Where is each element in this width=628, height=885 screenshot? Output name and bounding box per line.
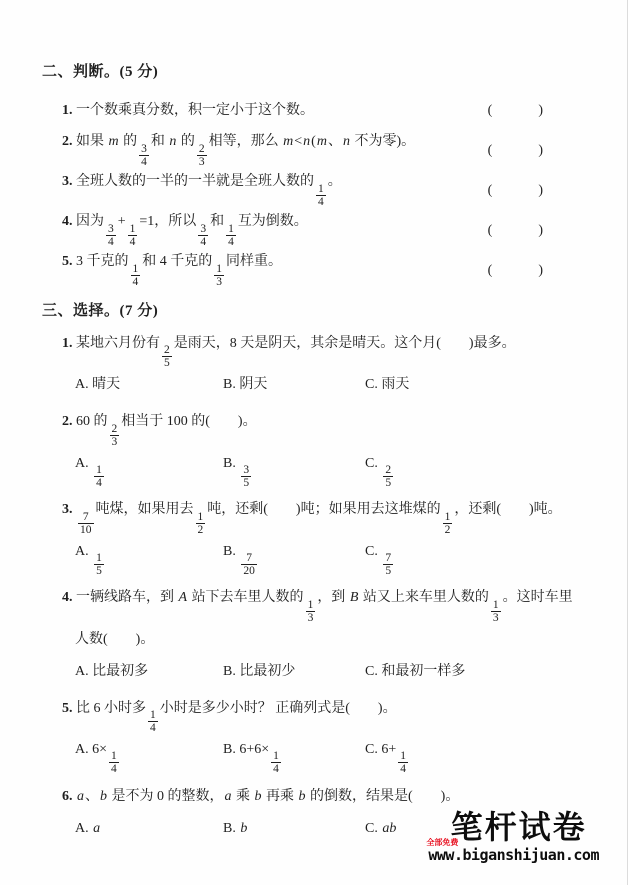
option-label: A. <box>75 821 89 836</box>
question-line: 人数( )。 <box>62 624 627 656</box>
fraction-numerator: 7 <box>244 552 254 564</box>
fraction-numerator: 1 <box>398 750 408 762</box>
fraction: 34 <box>139 143 149 168</box>
question-line: 3. 710吨煤，如果用去12吨，还剩( )吨；如果用去这堆煤的12，还剩( )… <box>62 494 627 535</box>
fraction: 14 <box>128 223 138 248</box>
fraction-numerator: 1 <box>226 223 236 235</box>
question-text: 相等，那么 <box>209 134 283 149</box>
question-text: 站又上来车里人数的 <box>359 590 489 605</box>
fraction-denominator: 4 <box>271 762 281 775</box>
fraction: 14 <box>148 709 158 734</box>
fraction-denominator: 3 <box>197 155 207 168</box>
option-b: B. 6+6×14 <box>223 734 365 775</box>
option-label: A. <box>75 664 89 679</box>
question-line: 5. 比 6 小时多14小时是多少小时？ 正确列式是( )。 <box>62 693 627 734</box>
judgment-item: 4. 因为34+14=1，所以34和14互为倒数。( ) <box>62 209 627 249</box>
question-text: ，还剩( )吨。 <box>454 502 561 517</box>
question-text: 3 千克的 <box>76 254 129 269</box>
question-text: 的 <box>177 134 195 149</box>
option-a: A. 晴天 <box>75 369 223 401</box>
option-c: C. 和最初一样多 <box>365 656 627 688</box>
fraction: 75 <box>383 552 393 577</box>
question-text: 6× <box>89 742 107 757</box>
question-text: ，到 <box>317 590 349 605</box>
judgment-statement: 3. 全班人数的一半的一半就是全班人数的14。 <box>62 170 342 207</box>
question-text: 、 <box>85 789 99 804</box>
option-label: B. <box>223 377 236 392</box>
fraction-numerator: 1 <box>128 223 138 235</box>
math-variable: m <box>282 134 294 149</box>
question-text: 一个数乘真分数，积一定小于这个数。 <box>76 103 314 118</box>
fraction-denominator: 4 <box>128 235 138 248</box>
fraction: 14 <box>316 183 326 208</box>
question-text: 全班人数的一半的一半就是全班人数的 <box>76 174 314 189</box>
fraction-numerator: 1 <box>443 511 453 523</box>
math-variable: B <box>349 590 360 605</box>
question-text: 小时是多少小时？ 正确列式是( )。 <box>160 701 397 716</box>
fraction-denominator: 4 <box>226 235 236 248</box>
fraction-numerator: 2 <box>197 143 207 155</box>
fraction: 13 <box>214 263 224 288</box>
choice-question: 2. 60 的23相当于 100 的( )。A. 14B. 35C. 25 <box>62 406 627 489</box>
fraction-denominator: 3 <box>214 275 224 288</box>
fraction: 35 <box>241 464 251 489</box>
fraction: 13 <box>306 599 316 624</box>
option-label: C. <box>365 821 378 836</box>
judgment-item: 1. 一个数乘真分数，积一定小于这个数。( ) <box>62 89 627 129</box>
options-row: A. 晴天B. 阴天C. 雨天 <box>62 369 627 401</box>
watermark: 笔杆试卷 全部免费 www.biganshijuan.com <box>428 810 599 865</box>
fraction-numerator: 1 <box>316 183 326 195</box>
question-text: 的倒数，结果是( )。 <box>307 789 460 804</box>
judgment-statement: 2. 如果 m 的34和 n 的23相等，那么 m<n(m、n 不为零)。 <box>62 130 415 167</box>
option-label: C. <box>365 456 378 471</box>
question-text: 比最初少 <box>236 664 296 679</box>
fraction-numerator: 3 <box>241 464 251 476</box>
fraction: 25 <box>162 344 172 369</box>
answer-bracket: ( ) <box>488 259 544 279</box>
judgment-list: 1. 一个数乘真分数，积一定小于这个数。( )2. 如果 m 的34和 n 的2… <box>62 89 627 289</box>
question-text: 和 <box>210 214 224 229</box>
option-b: B. 720 <box>223 536 365 577</box>
question-line: 4. 一辆线路车，到 A 站下去车里人数的13，到 B 站又上来车里人数的13。… <box>62 582 627 623</box>
option-b: B. 比最初少 <box>223 656 365 688</box>
fraction: 23 <box>110 423 120 448</box>
fraction-numerator: 7 <box>81 511 91 523</box>
options-row: A. 14B. 35C. 25 <box>62 448 627 489</box>
fraction-denominator: 4 <box>106 235 116 248</box>
fraction-denominator: 4 <box>109 762 119 775</box>
question-text: 吨煤，如果用去 <box>96 502 194 517</box>
option-c: C. 雨天 <box>365 369 627 401</box>
judgment-statement: 1. 一个数乘真分数，积一定小于这个数。 <box>62 99 314 119</box>
question-text: 阴天 <box>236 377 268 392</box>
options-row: A. 比最初多B. 比最初少C. 和最初一样多 <box>62 656 627 688</box>
math-variable: A <box>178 590 189 605</box>
question-text <box>236 544 240 559</box>
question-text: 和最初一样多 <box>378 664 466 679</box>
math-variable: ab <box>381 821 397 836</box>
brand-logo: 笔杆试卷 <box>438 810 599 845</box>
fraction-numerator: 3 <box>198 223 208 235</box>
question-text: =1，所以 <box>139 214 196 229</box>
question-number: 5. <box>62 254 76 269</box>
question-number: 1. <box>62 103 76 118</box>
option-label: B. <box>223 742 236 757</box>
fraction-numerator: 1 <box>196 511 206 523</box>
fraction-denominator: 4 <box>94 476 104 489</box>
fraction: 23 <box>197 143 207 168</box>
fraction-numerator: 1 <box>94 552 104 564</box>
judgment-statement: 4. 因为34+14=1，所以34和14互为倒数。 <box>62 210 308 247</box>
question-text: 站下去车里人数的 <box>188 590 304 605</box>
question-text: < <box>294 134 302 149</box>
judgment-item: 3. 全班人数的一半的一半就是全班人数的14。( ) <box>62 169 627 209</box>
fraction-denominator: 3 <box>491 611 501 624</box>
fraction: 34 <box>106 223 116 248</box>
math-variable: a <box>76 789 85 804</box>
math-variable: n <box>342 134 351 149</box>
math-variable: b <box>254 789 263 804</box>
question-text: 某地六月份有 <box>76 336 160 351</box>
question-text: 人数( )。 <box>75 632 154 647</box>
fraction-numerator: 1 <box>214 263 224 275</box>
question-text: 晴天 <box>89 377 121 392</box>
fraction-numerator: 7 <box>383 552 393 564</box>
question-line: 1. 某地六月份有25是雨天，8 天是阴天，其余是晴天。这个月( )最多。 <box>62 328 627 369</box>
judgment-item: 5. 3 千克的14和 4 千克的13同样重。( ) <box>62 249 627 289</box>
judgment-statement: 5. 3 千克的14和 4 千克的13同样重。 <box>62 250 282 287</box>
fraction: 14 <box>94 464 104 489</box>
option-c: C. 6+14 <box>365 734 627 775</box>
option-label: B. <box>223 456 236 471</box>
fraction-numerator: 2 <box>162 344 172 356</box>
option-label: C. <box>365 544 378 559</box>
fraction-numerator: 1 <box>271 750 281 762</box>
question-text: 相当于 100 的( )。 <box>121 414 256 429</box>
option-b: B. 阴天 <box>223 369 365 401</box>
option-label: A. <box>75 456 89 471</box>
fraction: 14 <box>109 750 119 775</box>
fraction-denominator: 4 <box>148 721 158 734</box>
question-number: 2. <box>62 134 76 149</box>
option-label: C. <box>365 377 378 392</box>
math-variable: m <box>316 134 328 149</box>
fraction-numerator: 1 <box>306 599 316 611</box>
fraction: 34 <box>198 223 208 248</box>
option-a: A. 15 <box>75 536 223 577</box>
option-b: B. 35 <box>223 448 365 489</box>
fraction-numerator: 1 <box>148 709 158 721</box>
question-text: 、 <box>328 134 342 149</box>
option-label: A. <box>75 544 89 559</box>
question-text: 一辆线路车，到 <box>76 590 178 605</box>
question-text: 60 的 <box>76 414 108 429</box>
fraction-numerator: 1 <box>131 263 141 275</box>
question-text <box>236 456 240 471</box>
watermark-url-row: 全部免费 www.biganshijuan.com <box>428 846 599 865</box>
fraction: 14 <box>271 750 281 775</box>
answer-bracket: ( ) <box>488 139 544 159</box>
question-line: 2. 60 的23相当于 100 的( )。 <box>62 406 627 447</box>
option-label: C. <box>365 742 378 757</box>
fraction: 710 <box>78 511 94 536</box>
answer-bracket: ( ) <box>488 179 544 199</box>
question-text: 6+6× <box>236 742 269 757</box>
math-variable: b <box>298 789 307 804</box>
fraction-denominator: 4 <box>198 235 208 248</box>
judgment-item: 2. 如果 m 的34和 n 的23相等，那么 m<n(m、n 不为零)。( ) <box>62 129 627 169</box>
option-a: A. 6×14 <box>75 734 223 775</box>
fraction-denominator: 3 <box>110 435 120 448</box>
question-text: 比最初多 <box>89 664 149 679</box>
question-text: 和 <box>151 134 169 149</box>
fraction-denominator: 5 <box>162 356 172 369</box>
math-variable: m <box>108 134 120 149</box>
fraction-numerator: 2 <box>383 464 393 476</box>
option-a: A. a <box>75 813 223 845</box>
fraction: 12 <box>443 511 453 536</box>
option-label: B. <box>223 664 236 679</box>
question-number: 6. <box>62 789 76 804</box>
fraction-denominator: 5 <box>383 476 393 489</box>
fraction: 25 <box>383 464 393 489</box>
question-text: 因为 <box>76 214 104 229</box>
question-text: 互为倒数。 <box>238 214 308 229</box>
question-text <box>378 544 382 559</box>
choice-question: 4. 一辆线路车，到 A 站下去车里人数的13，到 B 站又上来车里人数的13。… <box>62 582 627 687</box>
fraction-numerator: 2 <box>110 423 120 435</box>
fraction-denominator: 2 <box>443 523 453 536</box>
question-text: 。 <box>328 174 342 189</box>
question-text: 和 4 千克的 <box>142 254 212 269</box>
fraction: 13 <box>491 599 501 624</box>
question-text: 6+ <box>378 742 396 757</box>
fraction: 12 <box>196 511 206 536</box>
math-variable: a <box>92 821 101 836</box>
judgment-heading: 二、判断。(5 分) <box>42 60 627 81</box>
math-variable: n <box>302 134 311 149</box>
fraction: 14 <box>226 223 236 248</box>
options-row: A. 6×14B. 6+6×14C. 6+14 <box>62 734 627 775</box>
question-number: 4. <box>62 590 76 605</box>
fraction-denominator: 4 <box>139 155 149 168</box>
question-line: 6. a、b 是不为 0 的整数，a 乘 b 再乘 b 的倒数，结果是( )。 <box>62 781 627 813</box>
fraction-denominator: 5 <box>383 564 393 577</box>
fraction-numerator: 1 <box>109 750 119 762</box>
choice-question: 1. 某地六月份有25是雨天，8 天是阴天，其余是晴天。这个月( )最多。A. … <box>62 328 627 401</box>
fraction-denominator: 10 <box>78 523 94 536</box>
question-text: 雨天 <box>378 377 410 392</box>
option-a: A. 比最初多 <box>75 656 223 688</box>
question-text: 比 6 小时多 <box>76 701 146 716</box>
fraction-denominator: 5 <box>241 476 251 489</box>
question-text: 是不为 0 的整数， <box>108 789 224 804</box>
exam-paper: 二、判断。(5 分) 1. 一个数乘真分数，积一定小于这个数。( )2. 如果 … <box>0 0 628 885</box>
question-text: 的 <box>120 134 138 149</box>
question-text: 吨，还剩( )吨；如果用去这堆煤的 <box>207 502 440 517</box>
fraction-denominator: 4 <box>398 762 408 775</box>
option-b: B. b <box>223 813 365 845</box>
fraction-denominator: 20 <box>241 564 257 577</box>
option-label: A. <box>75 377 89 392</box>
math-variable: b <box>99 789 108 804</box>
option-c: C. 75 <box>365 536 627 577</box>
math-variable: a <box>224 789 233 804</box>
question-text <box>89 456 93 471</box>
question-text <box>378 456 382 471</box>
question-number: 5. <box>62 701 76 716</box>
watermark-tagline: 全部免费 <box>426 837 458 848</box>
fraction: 720 <box>241 552 257 577</box>
question-text: 是雨天，8 天是阴天，其余是晴天。这个月( )最多。 <box>174 336 516 351</box>
math-variable: b <box>239 821 248 836</box>
question-number: 1. <box>62 336 76 351</box>
answer-bracket: ( ) <box>488 219 544 239</box>
choice-question: 5. 比 6 小时多14小时是多少小时？ 正确列式是( )。A. 6×14B. … <box>62 693 627 776</box>
options-row: A. 15B. 720C. 75 <box>62 536 627 577</box>
question-text: 。这时车里 <box>503 590 573 605</box>
question-number: 2. <box>62 414 76 429</box>
judgment-section: 二、判断。(5 分) 1. 一个数乘真分数，积一定小于这个数。( )2. 如果 … <box>42 60 627 289</box>
question-text: 乘 <box>233 789 254 804</box>
question-text: 不为零)。 <box>351 134 415 149</box>
fraction-denominator: 5 <box>94 564 104 577</box>
option-label: B. <box>223 821 236 836</box>
choice-list: 1. 某地六月份有25是雨天，8 天是阴天，其余是晴天。这个月( )最多。A. … <box>62 328 627 845</box>
question-text: 同样重。 <box>226 254 282 269</box>
question-text: + <box>118 214 126 229</box>
option-label: B. <box>223 544 236 559</box>
answer-bracket: ( ) <box>488 99 544 119</box>
question-number: 4. <box>62 214 76 229</box>
fraction: 15 <box>94 552 104 577</box>
question-number: 3. <box>62 502 76 517</box>
fraction-denominator: 4 <box>316 195 326 208</box>
choice-section: 三、选择。(7 分) 1. 某地六月份有25是雨天，8 天是阴天，其余是晴天。这… <box>42 299 627 845</box>
option-c: C. 25 <box>365 448 627 489</box>
fraction-numerator: 3 <box>106 223 116 235</box>
choice-question: 3. 710吨煤，如果用去12吨，还剩( )吨；如果用去这堆煤的12，还剩( )… <box>62 494 627 577</box>
fraction-numerator: 1 <box>491 599 501 611</box>
fraction-denominator: 2 <box>196 523 206 536</box>
fraction-denominator: 4 <box>131 275 141 288</box>
fraction-numerator: 1 <box>94 464 104 476</box>
question-text: 再乘 <box>263 789 298 804</box>
watermark-url: www.biganshijuan.com <box>428 846 599 864</box>
question-number: 3. <box>62 174 76 189</box>
option-label: C. <box>365 664 378 679</box>
option-a: A. 14 <box>75 448 223 489</box>
fraction: 14 <box>131 263 141 288</box>
fraction-denominator: 3 <box>306 611 316 624</box>
fraction-numerator: 3 <box>139 143 149 155</box>
fraction: 14 <box>398 750 408 775</box>
question-text: 如果 <box>76 134 108 149</box>
choice-heading: 三、选择。(7 分) <box>42 299 627 320</box>
question-text <box>89 544 93 559</box>
option-label: A. <box>75 742 89 757</box>
